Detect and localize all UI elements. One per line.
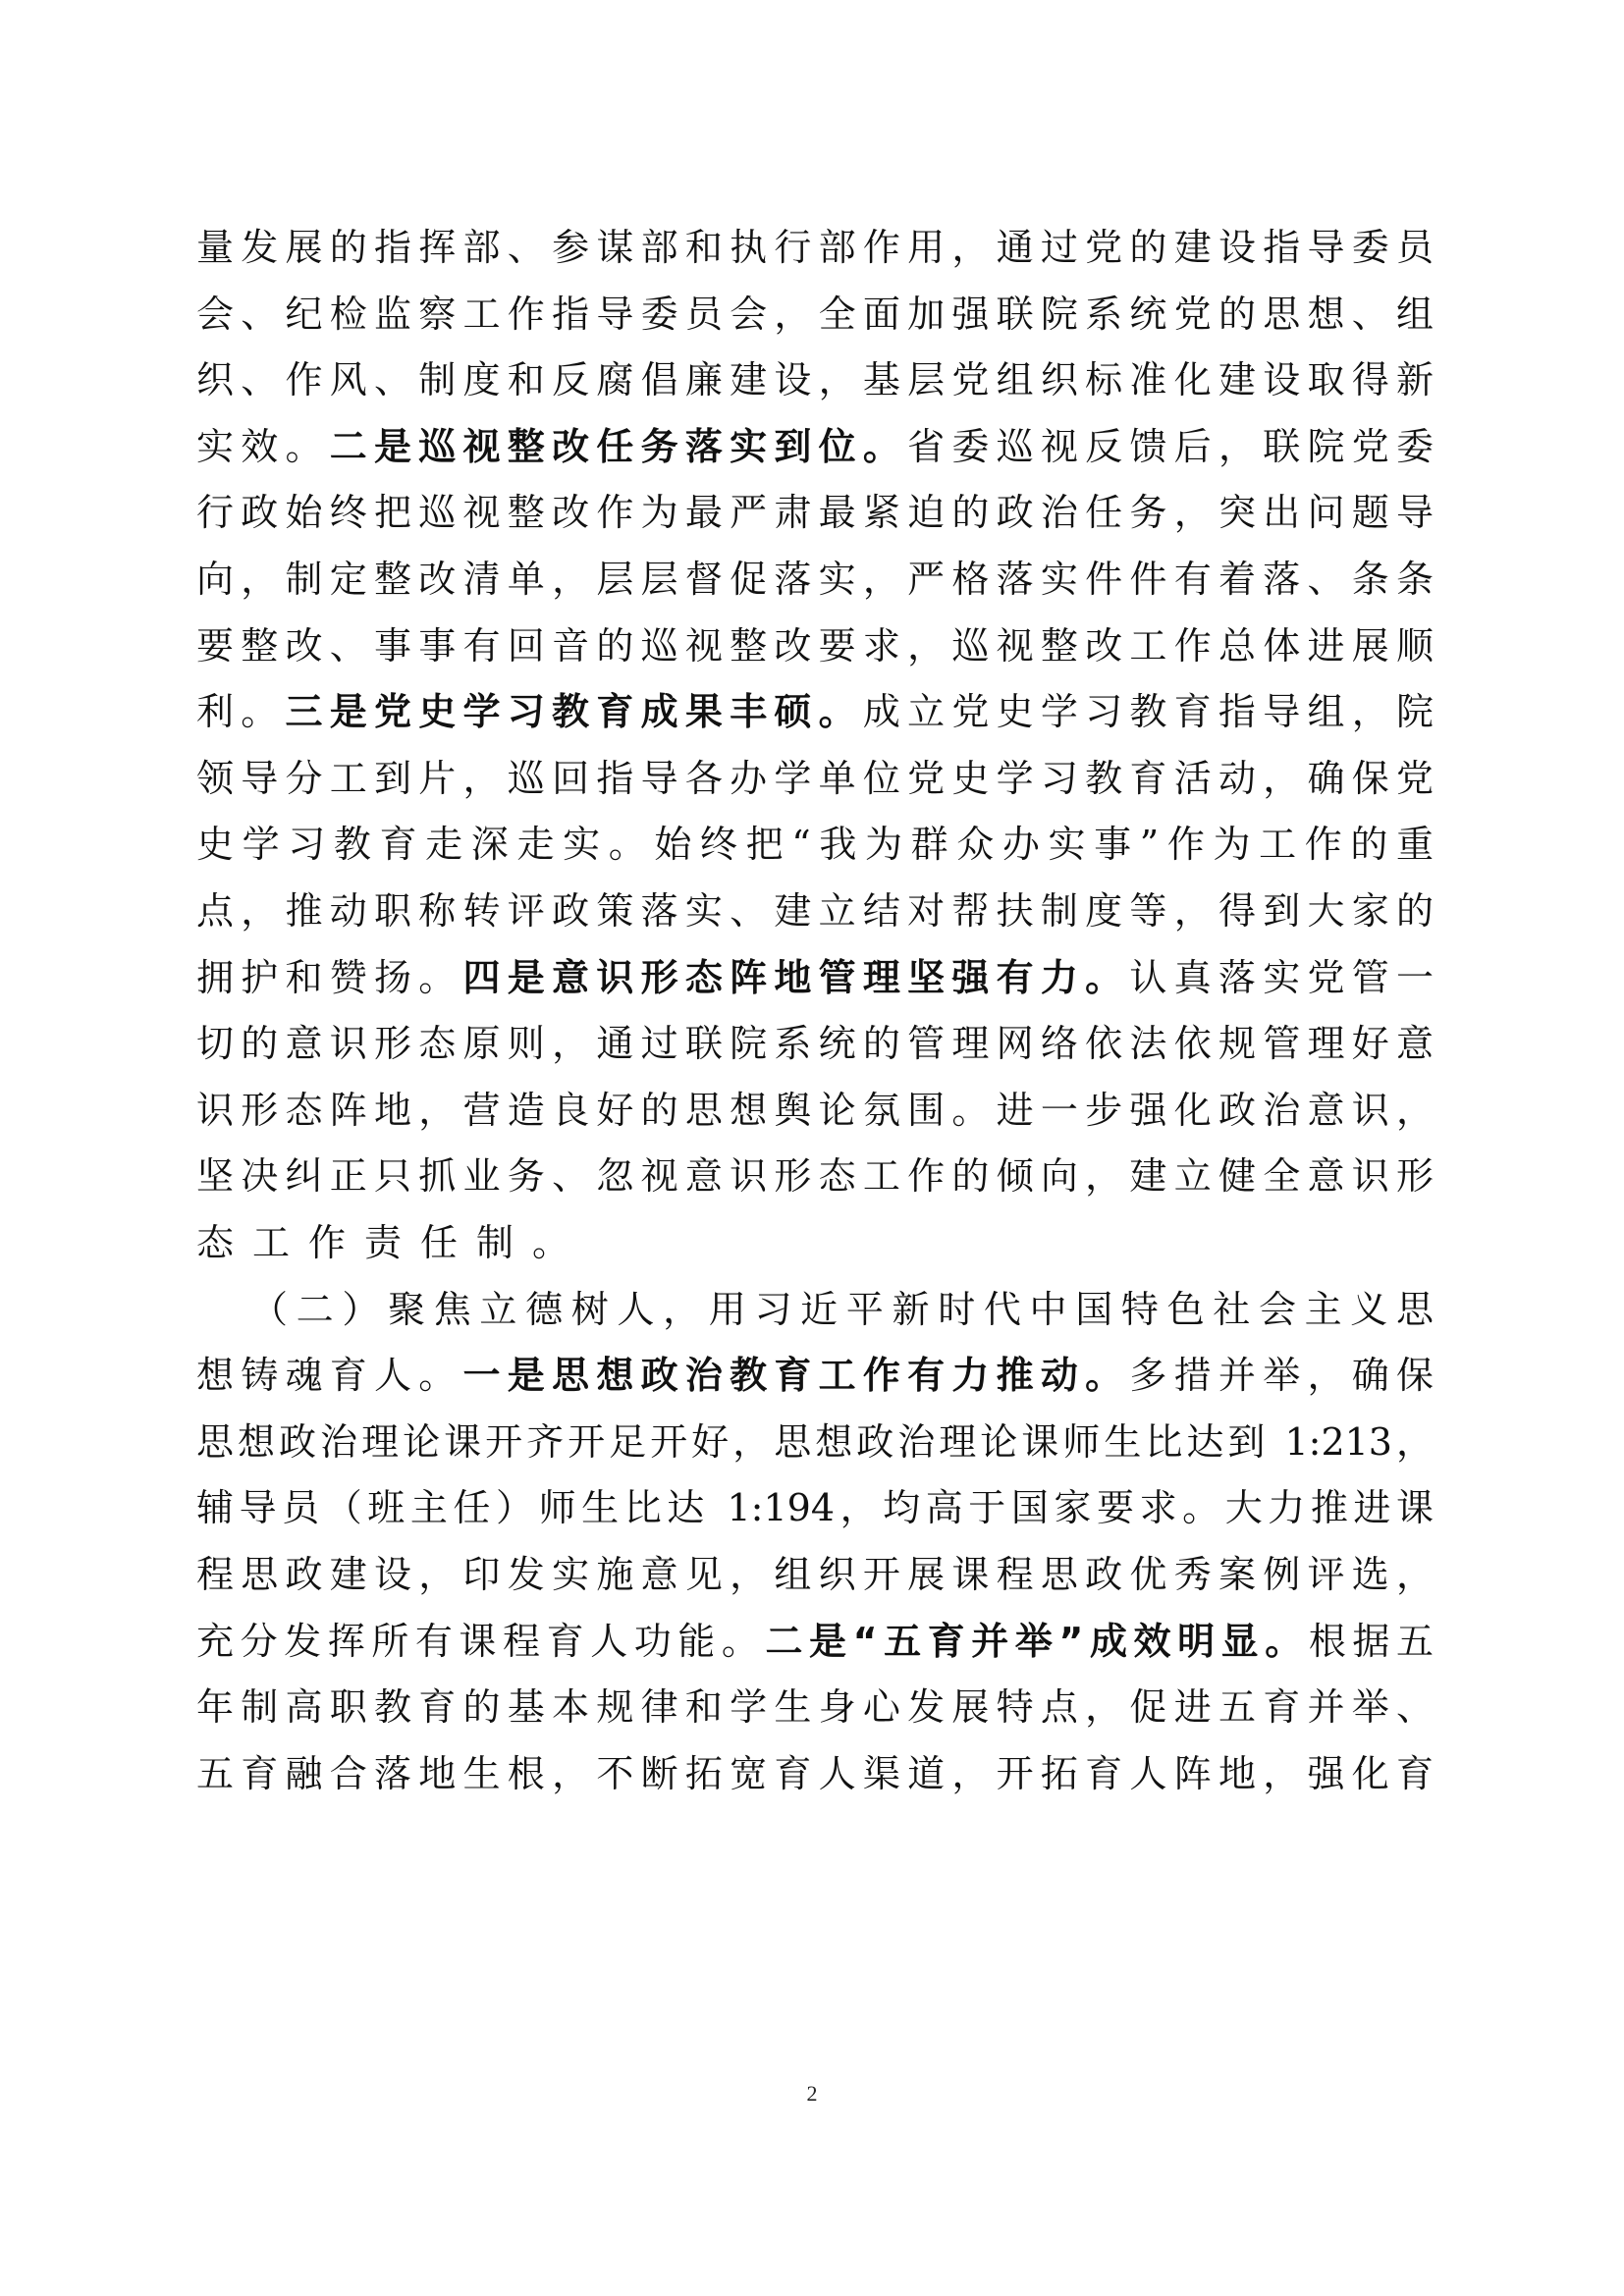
body-text-run: 坚决纠正只抓业务、忽视意识形态工作的倾向，建立健全意识形 <box>196 1154 1434 1198</box>
body-text-run: 辅导员（班主任）师生比达 1:194，均高于国家要求。大力推进课 <box>196 1486 1434 1529</box>
text-line: 五育融合落地生根，不断拓宽育人渠道，开拓育人阵地，强化育 <box>196 1744 1434 1803</box>
body-text-run: 充分发挥所有课程育人功能。 <box>196 1620 765 1663</box>
text-line: 行政始终把巡视整改作为最严肃最紧迫的政治任务，突出问题导 <box>196 483 1434 542</box>
body-text-run: 五育融合落地生根，不断拓宽育人渠道，开拓育人阵地，强化育 <box>196 1752 1434 1795</box>
text-line: 点，推动职称转评政策落实、建立结对帮扶制度等，得到大家的 <box>196 881 1434 940</box>
text-line: 坚决纠正只抓业务、忽视意识形态工作的倾向，建立健全意识形 <box>196 1147 1434 1205</box>
body-text-run: 切的意识形态原则，通过联院系统的管理网络依法依规管理好意 <box>196 1022 1434 1065</box>
body-text-run: 根据五 <box>1309 1620 1434 1663</box>
body-text-run: 领导分工到片，巡回指导各办学单位党史学习教育活动，确保党 <box>196 757 1434 800</box>
body-text-run: 态工作责任制。 <box>196 1221 588 1264</box>
text-line: 织、作风、制度和反腐倡廉建设，基层党组织标准化建设取得新 <box>196 350 1434 409</box>
text-line: 识形态阵地，营造良好的思想舆论氛围。进一步强化政治意识， <box>196 1081 1434 1140</box>
body-text-run: 点，推动职称转评政策落实、建立结对帮扶制度等，得到大家的 <box>196 889 1434 933</box>
text-line: 切的意识形态原则，通过联院系统的管理网络依法依规管理好意 <box>196 1014 1434 1073</box>
bold-heading-text: 四是意识形态阵地管理坚强有力。 <box>463 956 1130 999</box>
document-page: 量发展的指挥部、参谋部和执行部作用，通过党的建设指导委员会、纪检监察工作指导委员… <box>0 0 1624 2296</box>
body-text-run: 量发展的指挥部、参谋部和执行部作用，通过党的建设指导委员 <box>196 226 1434 269</box>
body-text-run: 认真落实党管一 <box>1129 956 1434 999</box>
body-text-run: 拥护和赞扬。 <box>196 956 463 999</box>
bold-heading-text: 一是思想政治教育工作有力推动。 <box>463 1354 1130 1397</box>
body-text-run: 利。 <box>196 690 286 733</box>
body-text-run: 要整改、事事有回音的巡视整改要求，巡视整改工作总体进展顺 <box>196 624 1434 667</box>
body-text-run: 思想政治理论课开齐开足开好，思想政治理论课师生比达到 1:213， <box>196 1420 1434 1464</box>
body-text-run: 行政始终把巡视整改作为最严肃最紧迫的政治任务，突出问题导 <box>196 491 1434 534</box>
bold-heading-text: 三是党史学习教育成果丰硕。 <box>286 690 863 733</box>
text-line: 辅导员（班主任）师生比达 1:194，均高于国家要求。大力推进课 <box>196 1478 1434 1537</box>
text-line: 会、纪检监察工作指导委员会，全面加强联院系统党的思想、组 <box>196 285 1434 344</box>
text-line: 拥护和赞扬。四是意识形态阵地管理坚强有力。认真落实党管一 <box>196 948 1434 1007</box>
body-text-run: （二）聚焦立德树人，用习近平新时代中国特色社会主义思 <box>250 1288 1434 1331</box>
body-text-run: 识形态阵地，营造良好的思想舆论氛围。进一步强化政治意识， <box>196 1089 1434 1132</box>
body-text-run: 史学习教育走深走实。始终把“我为群众办实事”作为工作的重 <box>196 823 1434 866</box>
bold-heading-text: 二是巡视整改任务落实到位。 <box>330 425 907 468</box>
body-text-run: 想铸魂育人。 <box>196 1354 463 1397</box>
body-text-run: 省委巡视反馈后，联院党委 <box>907 425 1434 468</box>
text-line: 实效。二是巡视整改任务落实到位。省委巡视反馈后，联院党委 <box>196 417 1434 476</box>
body-text-run: 程思政建设，印发实施意见，组织开展课程思政优秀案例评选， <box>196 1553 1434 1596</box>
text-line: 量发展的指挥部、参谋部和执行部作用，通过党的建设指导委员 <box>196 218 1434 277</box>
text-line: 向，制定整改清单，层层督促落实，严格落实件件有着落、条条 <box>196 550 1434 609</box>
body-text-run: 多措并举，确保 <box>1129 1354 1434 1397</box>
text-line: 程思政建设，印发实施意见，组织开展课程思政优秀案例评选， <box>196 1545 1434 1604</box>
body-text-run: 成立党史学习教育指导组，院 <box>863 690 1434 733</box>
text-line: 充分发挥所有课程育人功能。二是“五育并举”成效明显。根据五 <box>196 1612 1434 1671</box>
body-text-run: 会、纪检监察工作指导委员会，全面加强联院系统党的思想、组 <box>196 293 1434 336</box>
text-line: 要整改、事事有回音的巡视整改要求，巡视整改工作总体进展顺 <box>196 616 1434 675</box>
text-line: 利。三是党史学习教育成果丰硕。成立党史学习教育指导组，院 <box>196 682 1434 741</box>
bold-heading-text: 二是“五育并举”成效明显。 <box>765 1620 1308 1663</box>
text-line: 思想政治理论课开齐开足开好，思想政治理论课师生比达到 1:213， <box>196 1413 1434 1471</box>
text-line: 想铸魂育人。一是思想政治教育工作有力推动。多措并举，确保 <box>196 1346 1434 1405</box>
text-line: 史学习教育走深走实。始终把“我为群众办实事”作为工作的重 <box>196 815 1434 874</box>
body-text-run: 实效。 <box>196 425 330 468</box>
body-text-run: 向，制定整改清单，层层督促落实，严格落实件件有着落、条条 <box>196 558 1434 601</box>
text-line: （二）聚焦立德树人，用习近平新时代中国特色社会主义思 <box>250 1280 1434 1339</box>
body-text-run: 织、作风、制度和反腐倡廉建设，基层党组织标准化建设取得新 <box>196 358 1434 401</box>
body-text-run: 年制高职教育的基本规律和学生身心发展特点，促进五育并举、 <box>196 1685 1434 1729</box>
text-line: 领导分工到片，巡回指导各办学单位党史学习教育活动，确保党 <box>196 749 1434 808</box>
text-line: 年制高职教育的基本规律和学生身心发展特点，促进五育并举、 <box>196 1678 1434 1736</box>
page-number: 2 <box>802 2081 822 2107</box>
text-line: 态工作责任制。 <box>196 1213 1434 1272</box>
